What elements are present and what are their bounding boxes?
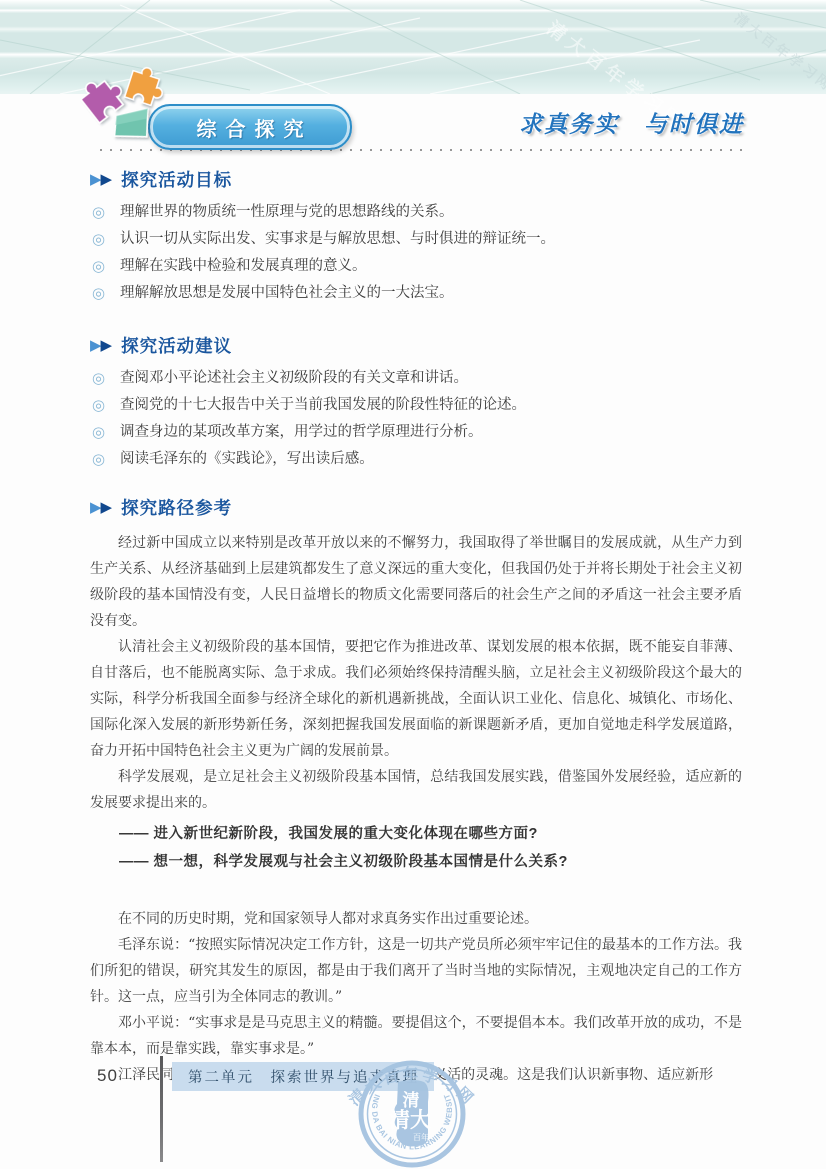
seal-char-sub: 百年	[413, 1132, 429, 1142]
section-header-suggestions: ▶ ▶ 探究活动建议	[90, 333, 742, 358]
bullet-icon: ◎	[92, 280, 105, 307]
list-item-text: 阅读毛泽东的《实践论》，写出读后感。	[120, 451, 374, 467]
list-item-text: 查阅邓小平论述社会主义初级阶段的有关文章和讲话。	[120, 370, 468, 386]
bullet-icon: ◎	[92, 253, 105, 280]
body-paragraph: 经过新中国成立以来特别是改革开放以来的不懈努力，我国取得了举世瞩目的发展成就，从…	[90, 530, 742, 634]
bullet-icon: ◎	[92, 226, 105, 253]
suggestion-list: ◎ 查阅邓小平论述社会主义初级阶段的有关文章和讲话。 ◎ 查阅党的十七大报告中关…	[90, 365, 742, 473]
list-item-text: 认识一切从实际出发、实事求是与解放思想、与时俱进的辩证统一。	[120, 231, 555, 247]
footer-vertical-rule	[160, 1056, 163, 1162]
list-item: ◎ 理解在实践中检验和发展真理的意义。	[90, 253, 742, 280]
list-item: ◎ 调查身边的某项改革方案，用学过的哲学原理进行分析。	[90, 419, 742, 446]
page-number: 50	[97, 1066, 118, 1086]
bullet-icon: ◎	[92, 419, 105, 446]
footer-unit-band: 第二单元 探索世界与追求真理	[172, 1062, 434, 1091]
discussion-question: —— 想一想，科学发展观与社会主义初级阶段基本国情是什么关系?	[90, 848, 742, 876]
seal-char-main: 清大	[389, 1108, 431, 1132]
seal-char-top: 清	[403, 1090, 420, 1110]
bullet-icon: ◎	[92, 199, 105, 226]
list-item: ◎ 认识一切从实际出发、实事求是与解放思想、与时俱进的辩证统一。	[90, 226, 742, 253]
arrow-icon: ▶	[101, 172, 113, 187]
list-item-text: 理解解放思想是发展中国特色社会主义的一大法宝。	[120, 285, 454, 301]
list-item-text: 理解世界的物质统一性原理与党的思想路线的关系。	[120, 204, 454, 220]
section-title: 探究路径参考	[121, 495, 232, 520]
list-item: ◎ 理解世界的物质统一性原理与党的思想路线的关系。	[90, 199, 742, 226]
arrow-icon: ▶	[101, 500, 113, 515]
arrow-icon: ▶	[101, 338, 113, 353]
list-item: ◎ 查阅党的十七大报告中关于当前我国发展的阶段性特征的论述。	[90, 392, 742, 419]
discussion-question: —— 进入新世纪新阶段，我国发展的重大变化体现在哪些方面?	[90, 820, 742, 848]
bullet-icon: ◎	[92, 365, 105, 392]
section-header-goals: ▶ ▶ 探究活动目标	[90, 167, 742, 192]
goal-list: ◎ 理解世界的物质统一性原理与党的思想路线的关系。 ◎ 认识一切从实际出发、实事…	[90, 199, 742, 307]
unit-label: 第二单元 探索世界与追求真理	[172, 1066, 419, 1087]
body-paragraph: 毛泽东说：“按照实际情况决定工作方针，这是一切共产党员所必须牢牢记住的最基本的工…	[90, 932, 742, 1010]
section-title: 探究活动目标	[121, 167, 232, 192]
list-item-text: 查阅党的十七大报告中关于当前我国发展的阶段性特征的论述。	[120, 397, 526, 413]
list-item: ◎ 查阅邓小平论述社会主义初级阶段的有关文章和讲话。	[90, 365, 742, 392]
body-paragraph: 在不同的历史时期，党和国家领导人都对求真务实作出过重要论述。	[90, 906, 742, 932]
puzzle-pieces-icon	[76, 66, 188, 150]
page-title: 求真务实 与时俱进	[519, 106, 744, 139]
list-item: ◎ 阅读毛泽东的《实践论》，写出读后感。	[90, 446, 742, 473]
question-block: —— 进入新世纪新阶段，我国发展的重大变化体现在哪些方面? —— 想一想，科学发…	[90, 820, 742, 876]
section-header-path-reference: ▶ ▶ 探究路径参考	[90, 495, 742, 520]
main-content: ▶ ▶ 探究活动目标 ◎ 理解世界的物质统一性原理与党的思想路线的关系。 ◎ 认…	[90, 151, 742, 1088]
body-paragraph: 科学发展观，是立足社会主义初级阶段基本国情，总结我国发展实践，借鉴国外发展经验，…	[90, 764, 742, 816]
list-item: ◎ 理解解放思想是发展中国特色社会主义的一大法宝。	[90, 280, 742, 307]
bullet-icon: ◎	[92, 392, 105, 419]
bullet-icon: ◎	[92, 446, 105, 473]
body-paragraph: 邓小平说：“实事求是是马克思主义的精髓。要提倡这个，不要提倡本本。我们改革开放的…	[90, 1010, 742, 1062]
badge-label: 综合探究	[188, 113, 313, 142]
textbook-page: 清大百年学习网 清大百年学习网 综合探究 求真务实 与时俱进	[0, 0, 826, 1169]
list-item-text: 理解在实践中检验和发展真理的意义。	[120, 258, 367, 274]
list-item-text: 调查身边的某项改革方案，用学过的哲学原理进行分析。	[120, 424, 483, 440]
section-title: 探究活动建议	[121, 333, 232, 358]
body-paragraph: 认清社会主义初级阶段的基本国情，要把它作为推进改革、谋划发展的根本依据，既不能妄…	[90, 634, 742, 764]
